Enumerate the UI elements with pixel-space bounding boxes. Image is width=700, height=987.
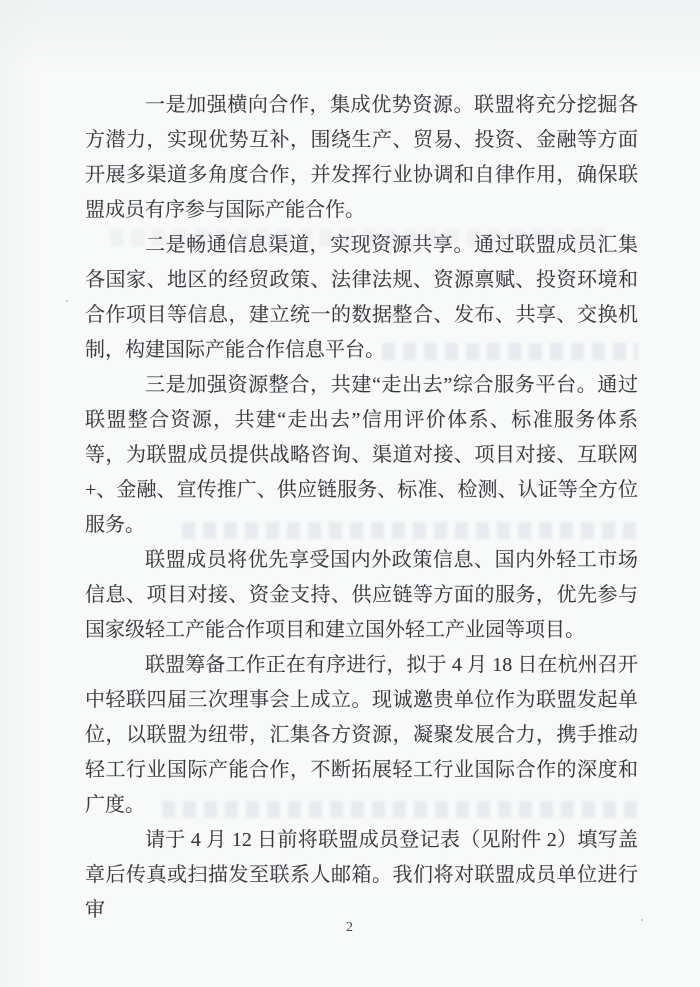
paragraph-founding-invitation: 联盟筹备工作正在有序进行，拟于 4 月 18 日在杭州召开中轻联四届三次理事会上… bbox=[85, 648, 638, 823]
document-body: 一是加强横向合作，集成优势资源。联盟将充分挖掘各方潜力，实现优势互补，围绕生产、… bbox=[85, 88, 638, 928]
paragraph-registration-instructions: 请于 4 月 12 日前将联盟成员登记表（见附件 2）填写盖章后传真或扫描发至联… bbox=[85, 823, 638, 928]
scanned-document-page: 一是加强横向合作，集成优势资源。联盟将充分挖掘各方潜力，实现优势互补，围绕生产、… bbox=[0, 0, 700, 987]
scan-speck bbox=[66, 300, 68, 302]
paragraph-member-benefits: 联盟成员将优先享受国内外政策信息、国内外轻工市场信息、项目对接、资金支持、供应链… bbox=[85, 543, 638, 648]
scan-speck bbox=[641, 919, 643, 921]
paragraph-point-3: 三是加强资源整合，共建“走出去”综合服务平台。通过联盟整合资源，共建“走出去”信… bbox=[85, 368, 638, 543]
page-number: 2 bbox=[0, 920, 700, 936]
paragraph-point-1: 一是加强横向合作，集成优势资源。联盟将充分挖掘各方潜力，实现优势互补，围绕生产、… bbox=[85, 88, 638, 228]
paragraph-point-2: 二是畅通信息渠道，实现资源共享。通过联盟成员汇集各国家、地区的经贸政策、法律法规… bbox=[85, 228, 638, 368]
